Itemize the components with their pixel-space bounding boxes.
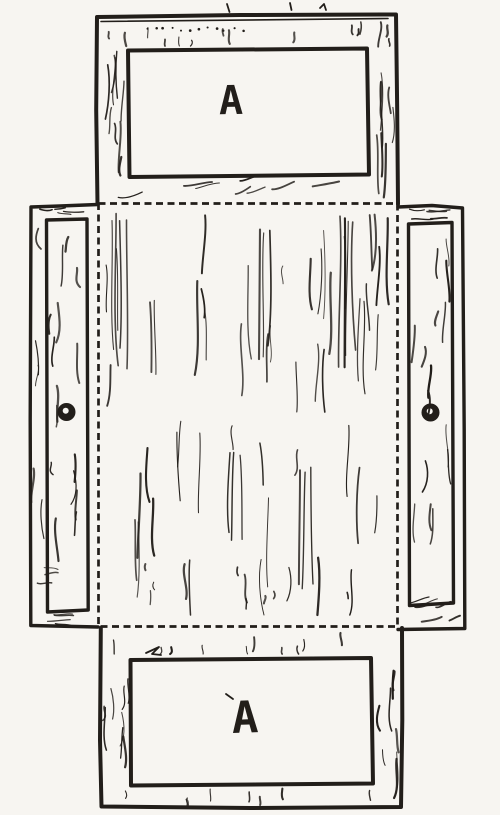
screw-hole-icon xyxy=(58,403,76,421)
box-pattern-diagram: A A xyxy=(0,0,500,815)
right-rail xyxy=(398,206,465,630)
top-panel: A xyxy=(96,15,398,205)
top-panel-inner-frame xyxy=(128,49,369,178)
left-rail xyxy=(30,205,98,628)
bottom-panel: A xyxy=(100,628,402,808)
bottom-panel-label: A xyxy=(231,692,259,744)
top-panel-border-doubling xyxy=(101,19,388,22)
top-panel-label: A xyxy=(219,78,244,124)
